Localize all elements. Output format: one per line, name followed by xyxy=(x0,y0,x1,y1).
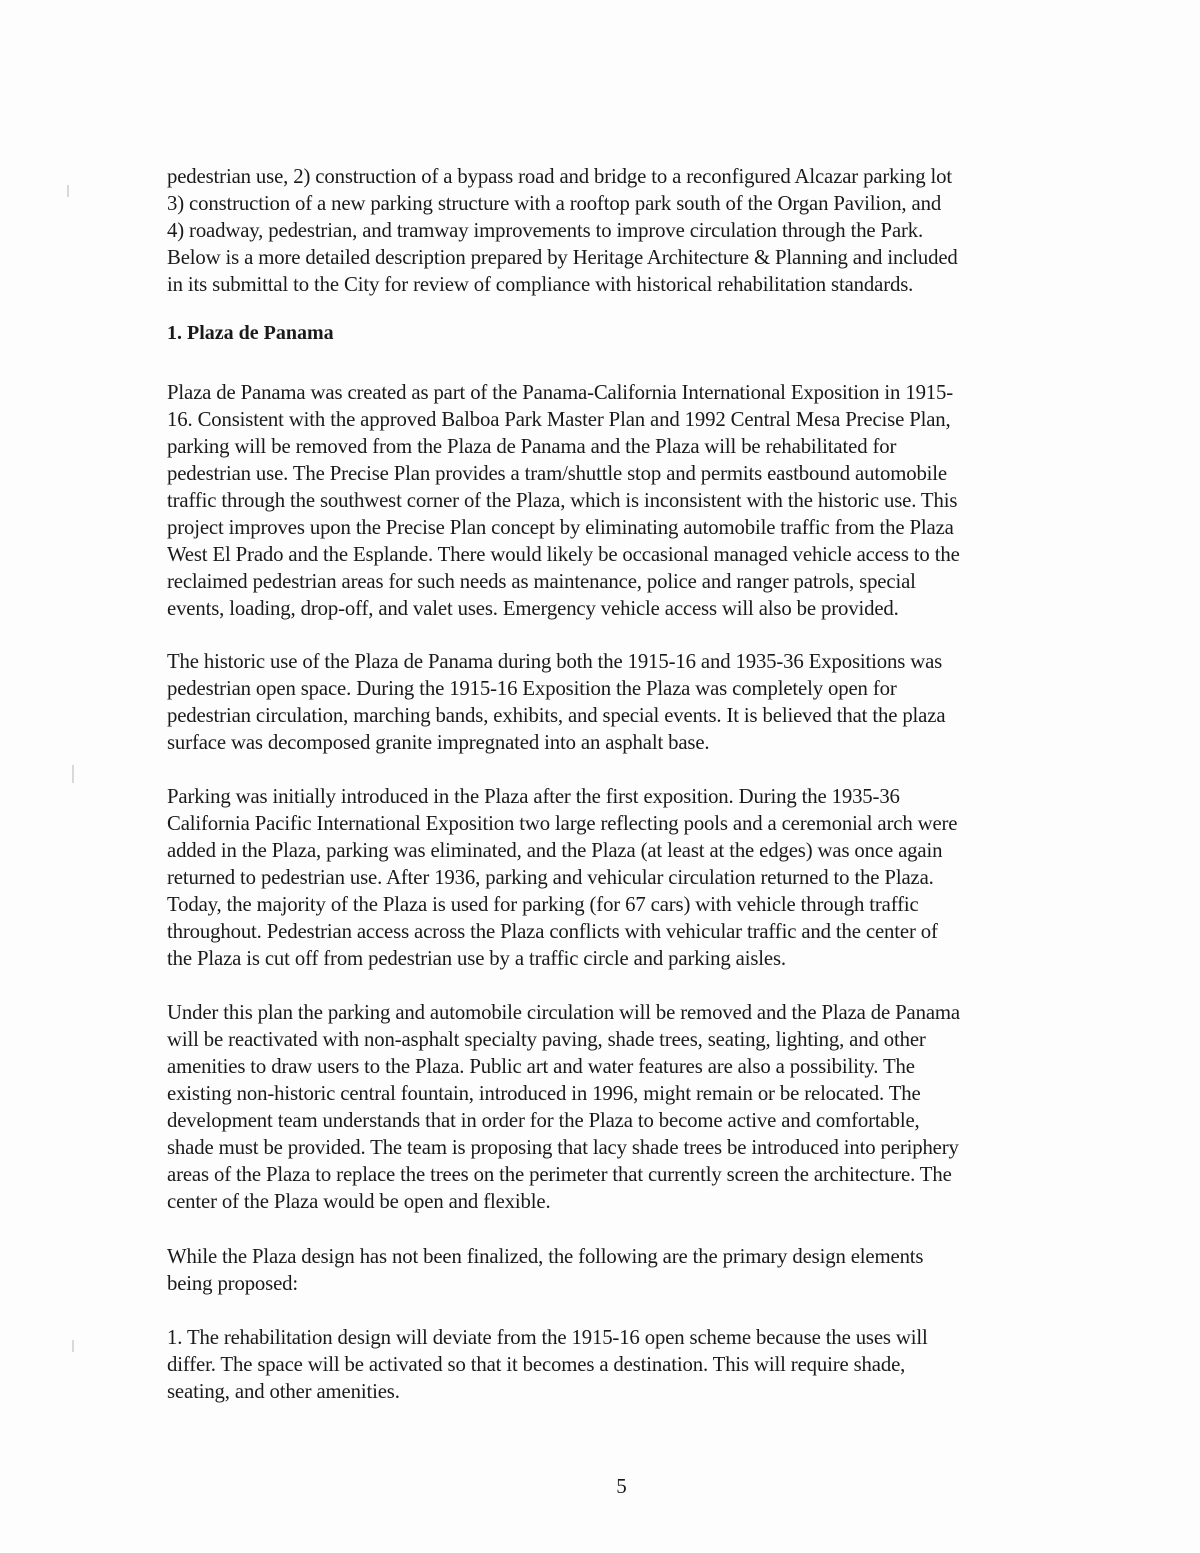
text-line: development team understands that in ord… xyxy=(167,1107,1077,1134)
text-line: will be reactivated with non-asphalt spe… xyxy=(167,1026,1077,1053)
text-line: pedestrian open space. During the 1915-1… xyxy=(167,675,1077,702)
text-line: pedestrian use. The Precise Plan provide… xyxy=(167,460,1077,487)
page-number: 5 xyxy=(0,1473,1200,1500)
text-line: reclaimed pedestrian areas for such need… xyxy=(167,568,1077,595)
text-line: 3) construction of a new parking structu… xyxy=(167,190,1077,217)
text-line: Parking was initially introduced in the … xyxy=(167,783,1077,810)
paragraph-parking-history: Parking was initially introduced in the … xyxy=(167,783,1087,972)
text-line: The historic use of the Plaza de Panama … xyxy=(167,648,1077,675)
text-line: amenities to draw users to the Plaza. Pu… xyxy=(167,1053,1077,1080)
text-line: 1. The rehabilitation design will deviat… xyxy=(167,1324,1077,1351)
text-line: being proposed: xyxy=(167,1270,1077,1297)
text-line: events, loading, drop-off, and valet use… xyxy=(167,595,1077,622)
text-line: project improves upon the Precise Plan c… xyxy=(167,514,1077,541)
text-line: California Pacific International Exposit… xyxy=(167,810,1077,837)
text-line: existing non-historic central fountain, … xyxy=(167,1080,1077,1107)
paragraph-design-elements-intro: While the Plaza design has not been fina… xyxy=(167,1243,1087,1297)
text-line: 16. Consistent with the approved Balboa … xyxy=(167,406,1077,433)
section-heading: 1. Plaza de Panama xyxy=(167,320,334,347)
text-line: Under this plan the parking and automobi… xyxy=(167,999,1077,1026)
paragraph-historic-use: The historic use of the Plaza de Panama … xyxy=(167,648,1087,756)
text-line: Below is a more detailed description pre… xyxy=(167,244,1077,271)
text-line: the Plaza is cut off from pedestrian use… xyxy=(167,945,1077,972)
text-line: pedestrian circulation, marching bands, … xyxy=(167,702,1077,729)
list-item-design-element-1: 1. The rehabilitation design will deviat… xyxy=(167,1324,1087,1405)
scan-artifact xyxy=(72,765,74,783)
document-page: pedestrian use, 2) construction of a byp… xyxy=(0,0,1200,1553)
text-line: While the Plaza design has not been fina… xyxy=(167,1243,1077,1270)
scan-artifact xyxy=(72,1340,74,1352)
text-line: Today, the majority of the Plaza is used… xyxy=(167,891,1077,918)
text-line: center of the Plaza would be open and fl… xyxy=(167,1188,1077,1215)
text-line: traffic through the southwest corner of … xyxy=(167,487,1077,514)
scan-artifact xyxy=(67,185,69,197)
text-line: added in the Plaza, parking was eliminat… xyxy=(167,837,1077,864)
text-line: returned to pedestrian use. After 1936, … xyxy=(167,864,1077,891)
text-line: areas of the Plaza to replace the trees … xyxy=(167,1161,1077,1188)
text-line: shade must be provided. The team is prop… xyxy=(167,1134,1077,1161)
text-line: throughout. Pedestrian access across the… xyxy=(167,918,1077,945)
text-line: differ. The space will be activated so t… xyxy=(167,1351,1077,1378)
text-line: West El Prado and the Esplande. There wo… xyxy=(167,541,1077,568)
text-line: parking will be removed from the Plaza d… xyxy=(167,433,1077,460)
paragraph-plaza-creation: Plaza de Panama was created as part of t… xyxy=(167,379,1087,622)
paragraph-plan-proposal: Under this plan the parking and automobi… xyxy=(167,999,1087,1215)
intro-paragraph: pedestrian use, 2) construction of a byp… xyxy=(167,163,1087,298)
text-line: 4) roadway, pedestrian, and tramway impr… xyxy=(167,217,1077,244)
text-line: Plaza de Panama was created as part of t… xyxy=(167,379,1077,406)
text-line: in its submittal to the City for review … xyxy=(167,271,1077,298)
text-line: surface was decomposed granite impregnat… xyxy=(167,729,1077,756)
text-line: pedestrian use, 2) construction of a byp… xyxy=(167,163,1077,190)
text-line: seating, and other amenities. xyxy=(167,1378,1077,1405)
